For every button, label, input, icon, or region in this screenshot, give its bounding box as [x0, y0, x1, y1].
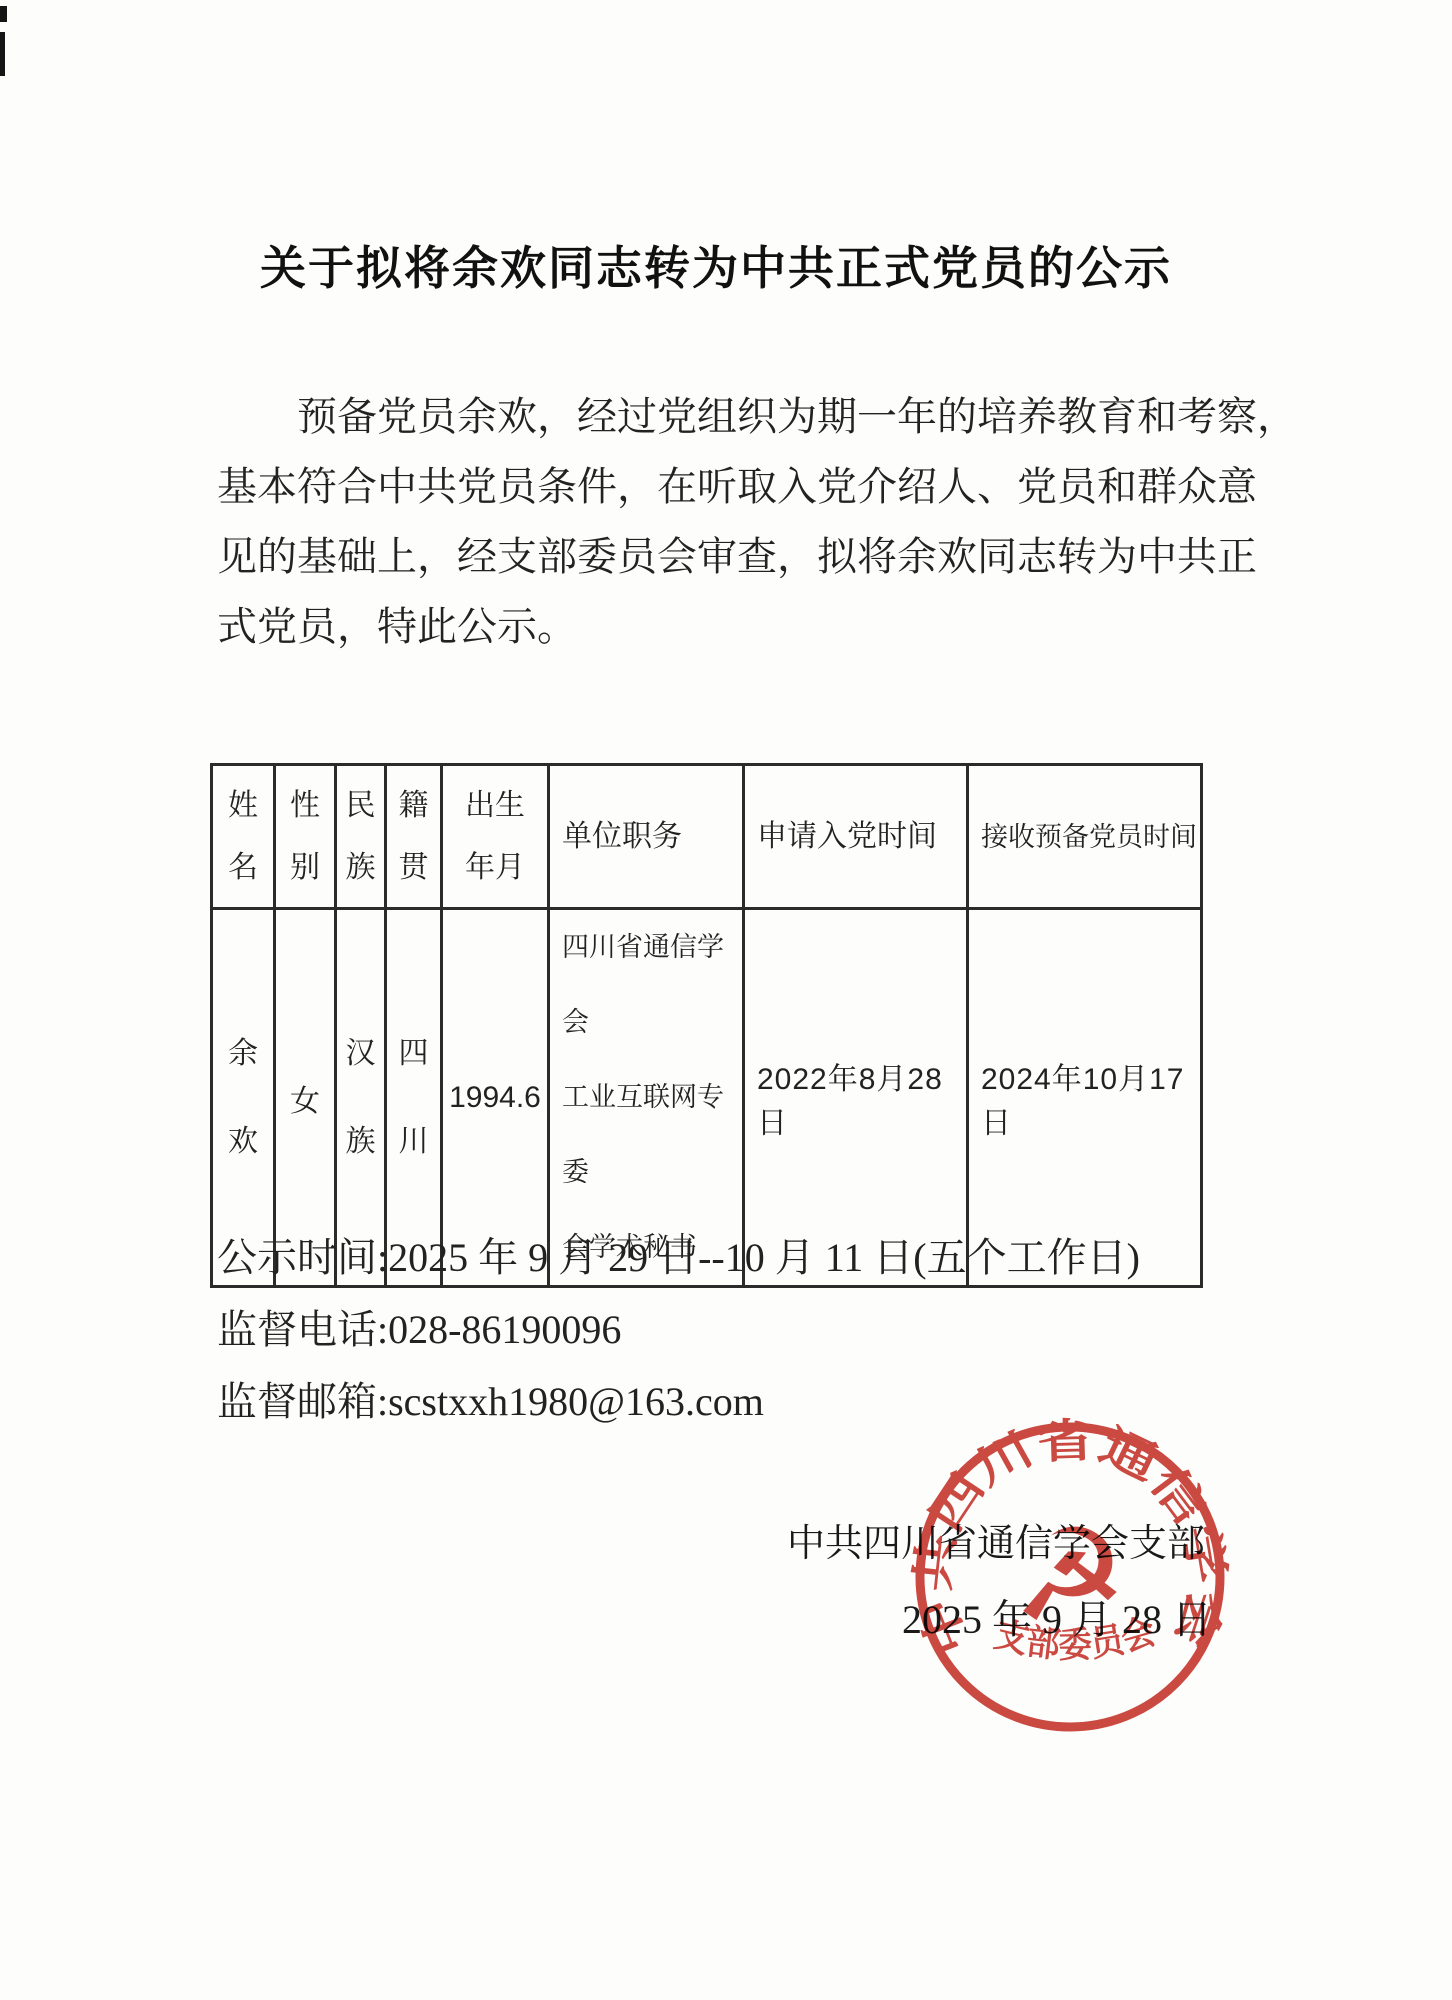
- member-info-table: 姓 名 性 别 民 族 籍 贯 出生 年月 单位职务 申请入党时间 接收预备党员…: [210, 763, 1203, 1288]
- notice-title: 关于拟将余欢同志转为中共正式党员的公示: [0, 232, 1432, 298]
- supervision-phone-line: 监督电话:028-86190096: [217, 1294, 1140, 1366]
- contact-info: 公示时间:2025 年 9 月 29 日--10 月 11 日(五个工作日) 监…: [217, 1222, 1140, 1438]
- notice-body: 预备党员余欢，经过党组织为期一年的培养教育和考察， 基本符合中共党员条件，在听取…: [217, 382, 1227, 662]
- header-cell-ethnicity: 民 族: [336, 765, 386, 909]
- header-cell-application-time: 申请入党时间: [744, 765, 968, 909]
- official-seal: ☭ 中共四川省通信学会 支部委员会: [905, 1415, 1235, 1745]
- scan-artifact: [0, 6, 7, 22]
- header-cell-birth-date: 出生 年月: [442, 765, 549, 909]
- table-header-row: 姓 名 性 别 民 族 籍 贯 出生 年月 单位职务 申请入党时间 接收预备党员…: [212, 765, 1202, 909]
- body-line: 预备党员余欢，经过党组织为期一年的培养教育和考察，: [217, 382, 1227, 452]
- header-cell-probation-time: 接收预备党员时间: [968, 765, 1202, 909]
- header-cell-gender: 性 别: [275, 765, 336, 909]
- body-line: 见的基础上，经支部委员会审查，拟将余欢同志转为中共正: [217, 522, 1227, 592]
- header-cell-position: 单位职务: [549, 765, 744, 909]
- scanned-notice-page: 关于拟将余欢同志转为中共正式党员的公示 预备党员余欢，经过党组织为期一年的培养教…: [0, 0, 1452, 2000]
- header-cell-native-place: 籍 贯: [386, 765, 442, 909]
- body-line: 式党员，特此公示。: [217, 592, 1227, 662]
- body-line: 基本符合中共党员条件，在听取入党介绍人、党员和群众意: [217, 452, 1227, 522]
- header-cell-name: 姓 名: [212, 765, 275, 909]
- scan-artifact: [0, 32, 5, 76]
- publicity-period-line: 公示时间:2025 年 9 月 29 日--10 月 11 日(五个工作日): [217, 1222, 1140, 1294]
